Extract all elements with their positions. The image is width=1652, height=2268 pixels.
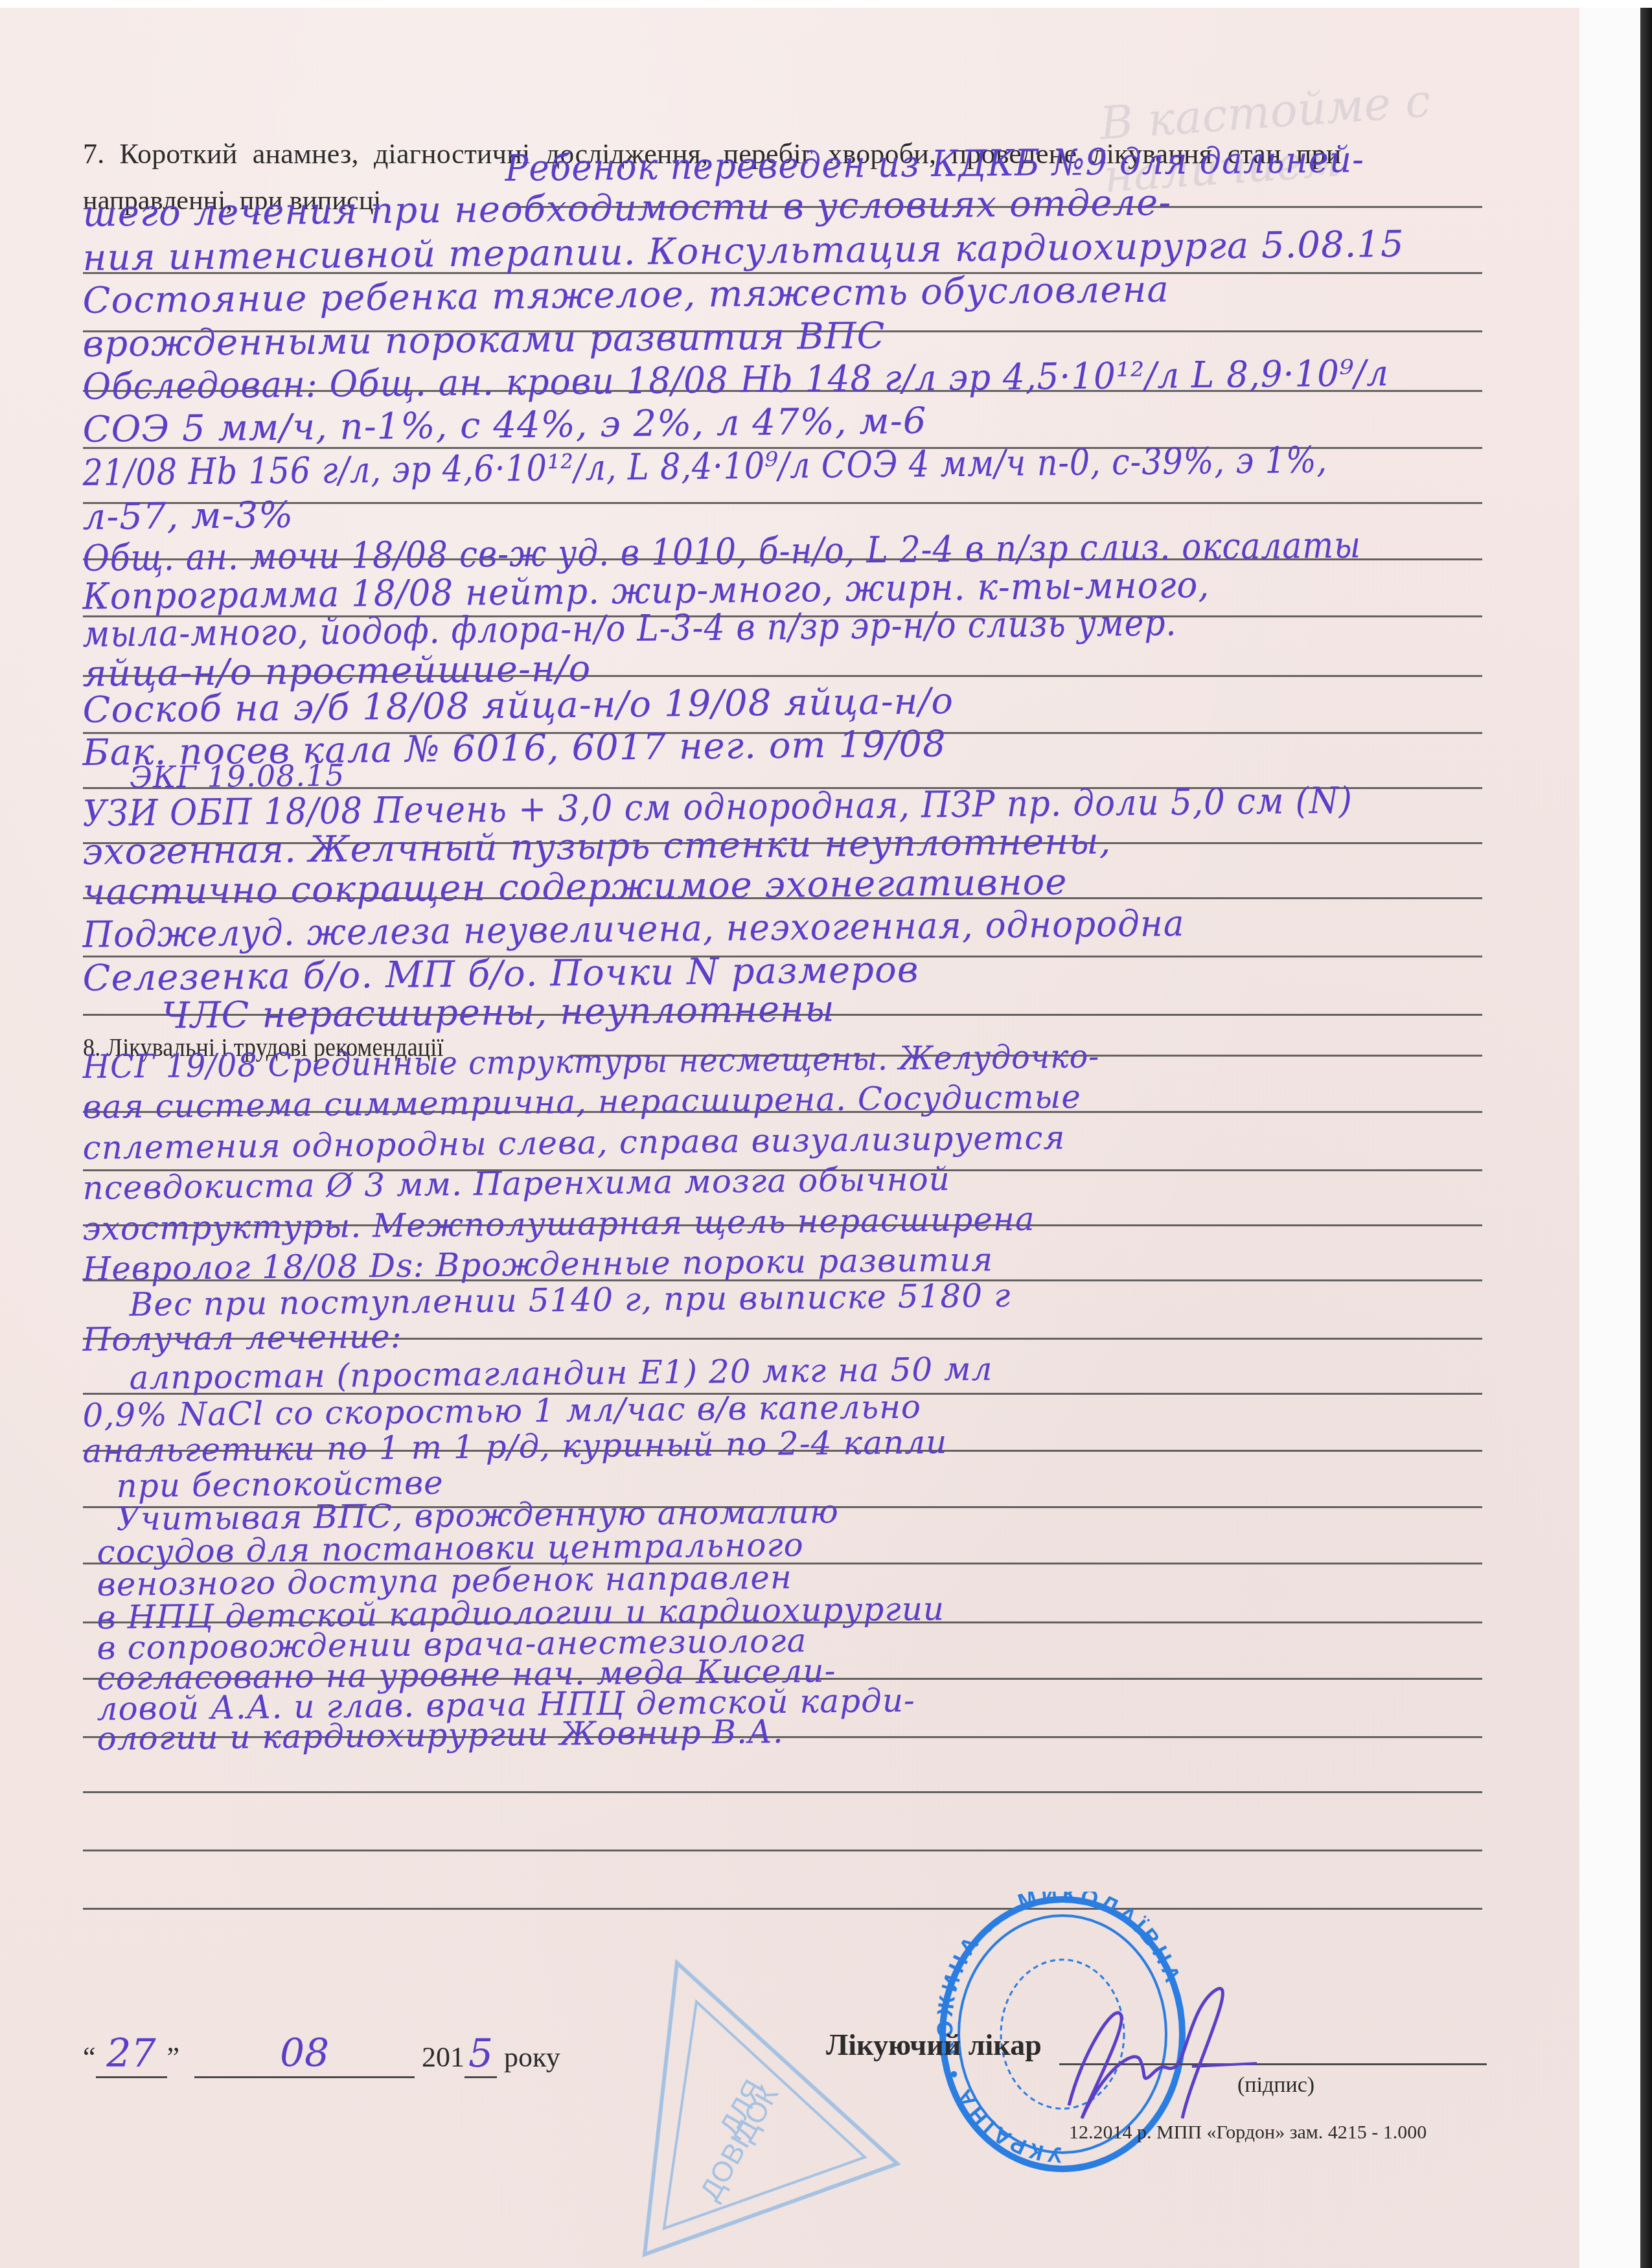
scanner-margin <box>1579 8 1642 2268</box>
triangle-stamp-icon: ДЛЯ ДОВІДОК <box>638 1943 910 2267</box>
handwritten-line: ЧЛС нерасширены, неуплотнены <box>161 988 835 1037</box>
date-month: 08 <box>194 2031 415 2078</box>
handwritten-line: ологии и кардиохирургии Жовнир В.А. <box>97 1713 784 1758</box>
year-suffix: 5 <box>465 2031 497 2078</box>
handwritten-line: л-57, м-3% <box>82 494 293 538</box>
attending-doctor-label: Лікуючий лікар <box>826 2028 1042 2062</box>
date-day: 27 <box>96 2031 167 2078</box>
handwritten-line: Ребенок переведен из КДКБ №9 для дальней… <box>505 139 1364 190</box>
rule-line <box>83 1791 1482 1793</box>
signature-icon <box>1043 1976 1257 2125</box>
handwritten-line: ЭКГ 19.08.15 <box>129 758 345 795</box>
year-word: року <box>504 2041 560 2073</box>
scanner-edge <box>1640 8 1652 2268</box>
handwritten-line: врожденными пороками развития ВПС <box>82 315 886 365</box>
printer-imprint: 12.2014 р. МПП «Гордон» зам. 4215 - 1.00… <box>1069 2122 1427 2144</box>
discharge-date: “27” 08 2015 року <box>83 2031 560 2078</box>
rule-line <box>83 1908 1482 1910</box>
rule-line <box>83 1850 1482 1851</box>
year-prefix: 201 <box>422 2041 465 2073</box>
signature-caption: (підпис) <box>1237 2073 1314 2098</box>
handwritten-line: Получал лечение: <box>82 1318 402 1358</box>
